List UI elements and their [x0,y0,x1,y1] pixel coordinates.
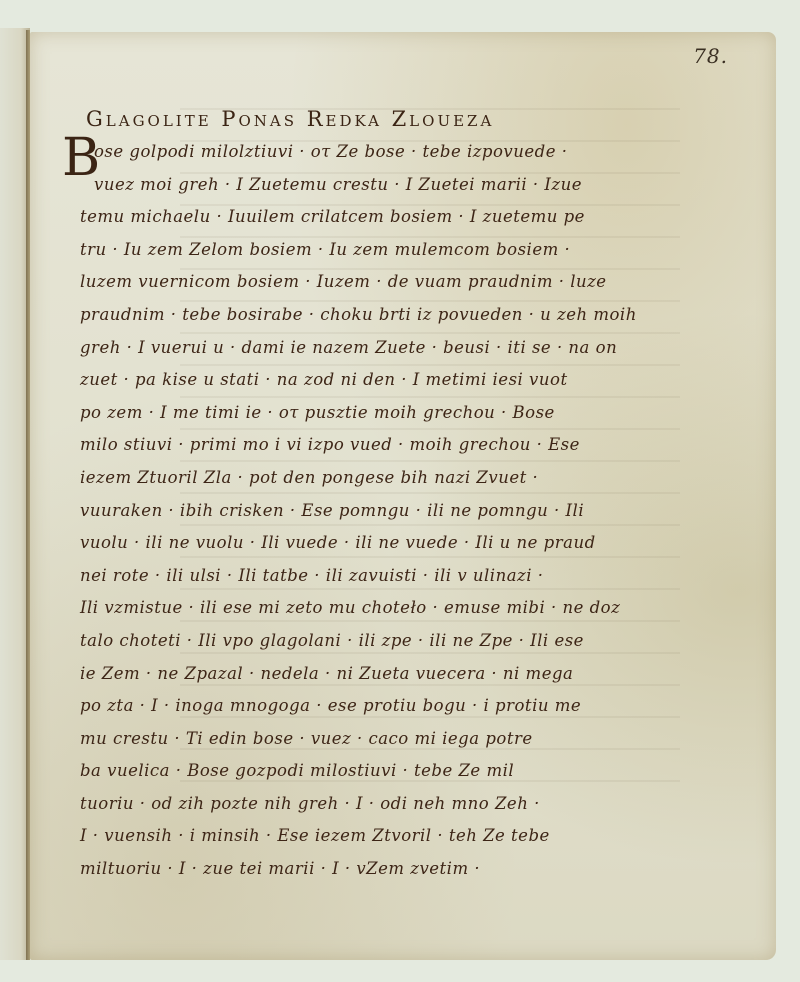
initial-letter: B [62,132,100,184]
text-line: vuez moi greh · I Zuetemu crestu · I Zue… [80,169,720,202]
text-line: ose golpodi milolztiuvi · oτ Ze bose · t… [80,136,720,169]
text-line: mu crestu · Ti edin bose · vuez · caco m… [80,723,720,756]
text-line: po zta · I · inoga mnogoga · ese protiu … [80,690,720,723]
text-line: vuuraken · ibih crisken · Ese pomngu · i… [80,495,720,528]
text-line: ie Zem · ne Zpazal · nedela · ni Zueta v… [80,658,720,691]
text-line: greh · I vuerui u · dami ie nazem Zuete … [80,332,720,365]
text-line: nei rote · ili ulsi · Ili tatbe · ili za… [80,560,720,593]
folio-number: 78. [693,44,728,68]
text-line: milo stiuvi · primi mo i vi izpo vued · … [80,429,720,462]
text-line: ba vuelica · Bose gozpodi milostiuvi · t… [80,755,720,788]
text-line: praudnim · tebe bosirabe · choku brti iz… [80,299,720,332]
heading: Glagolite Ponas Redka Zloueza [86,102,720,136]
text-line: tru · Iu zem Zelom bosiem · Iu zem mulem… [80,234,720,267]
text-line: zuet · pa kise u stati · na zod ni den ·… [80,364,720,397]
text-line: talo choteti · Ili vpo glagolani · ili z… [80,625,720,658]
manuscript-page: 78. Glagolite Ponas Redka Zloueza B ose … [30,32,776,960]
text-line: temu michaelu · Iuuilem crilatcem bosiem… [80,201,720,234]
text-line: I · vuensih · i minsih · Ese iezem Ztvor… [80,820,720,853]
text-block: Glagolite Ponas Redka Zloueza B ose golp… [80,102,720,886]
text-line: iezem Ztuoril Zla · pot den pongese bih … [80,462,720,495]
text-line: Ili vzmistue · ili ese mi zeto mu choteł… [80,592,720,625]
text-line: tuoriu · od zih pozte nih greh · I · odi… [80,788,720,821]
text-line: po zem · I me timi ie · oτ pusztie moih … [80,397,720,430]
text-line: luzem vuernicom bosiem · Iuzem · de vuam… [80,266,720,299]
text-line: vuolu · ili ne vuolu · Ili vuede · ili n… [80,527,720,560]
text-line: miltuoriu · I · zue tei marii · I · vZem… [80,853,720,886]
